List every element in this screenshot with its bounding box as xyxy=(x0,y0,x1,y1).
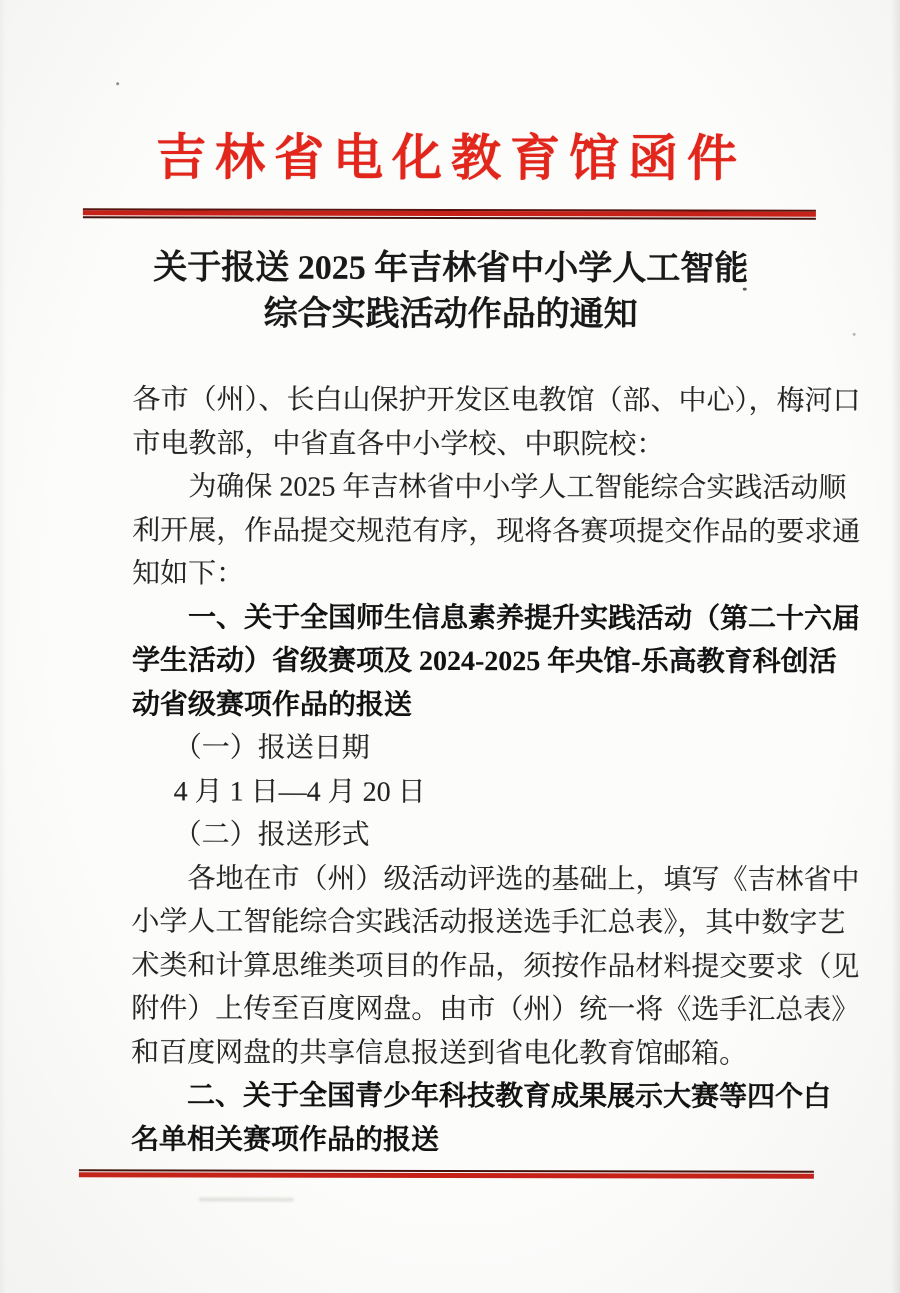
document-title: 关于报送 2025 年吉林省中小学人工智能 综合实践活动作品的通知 xyxy=(1,245,900,339)
body-line: 利开展，作品提交规范有序，现将各赛项提交作品的要求通 xyxy=(132,509,794,554)
body-line: 市电教部，中省直各中小学校、中职院校： xyxy=(132,422,794,467)
rule-dark-edge xyxy=(83,216,816,220)
body-line: 动省级赛项作品的报送 xyxy=(132,683,794,728)
scan-speck xyxy=(116,82,119,85)
body-line: 二、关于全国青少年科技教育成果展示大赛等四个白 xyxy=(131,1074,793,1119)
scan-smudge xyxy=(199,1197,294,1201)
header-double-rule xyxy=(83,208,816,220)
scan-speck xyxy=(853,333,856,336)
body-line: 和百度网盘的共享信息报送到省电化教育馆邮箱。 xyxy=(131,1031,793,1076)
rule-red-band xyxy=(79,1172,814,1178)
scan-speck xyxy=(743,288,747,291)
body-line: 各地在市（州）级活动评选的基础上，填写《吉林省中 xyxy=(131,857,793,902)
body-line: 各市（州）、长白山保护开发区电教馆（部、中心），梅河口 xyxy=(132,378,794,423)
document-page: 吉林省电化教育馆函件 关于报送 2025 年吉林省中小学人工智能 综合实践活动作… xyxy=(0,0,900,1293)
footer-double-rule xyxy=(79,1169,814,1178)
body-line: （二）报送形式 xyxy=(132,813,794,858)
body-line: 为确保 2025 年吉林省中小学人工智能综合实践活动顺 xyxy=(132,465,794,510)
body-line: 名单相关赛项作品的报送 xyxy=(131,1118,793,1163)
agency-letterhead-title: 吉林省电化教育馆函件 xyxy=(1,117,900,191)
body-line: 一、关于全国师生信息素养提升实践活动（第二十六届 xyxy=(132,596,794,641)
body-line: （一）报送日期 xyxy=(132,726,794,771)
body-line: 知如下： xyxy=(132,552,794,597)
document-title-line2: 综合实践活动作品的通知 xyxy=(1,291,900,339)
scanned-letter: 吉林省电化教育馆函件 关于报送 2025 年吉林省中小学人工智能 综合实践活动作… xyxy=(0,0,900,1293)
body-line: 学生活动）省级赛项及 2024-2025 年央馆-乐高教育科创活 xyxy=(132,639,794,684)
body-line: 小学人工智能综合实践活动报送选手汇总表》，其中数字艺 xyxy=(131,900,793,945)
document-body: 各市（州）、长白山保护开发区电教馆（部、中心），梅河口市电教部，中省直各中小学校… xyxy=(131,378,795,1162)
body-line: 附件）上传至百度网盘。由市（州）统一将《选手汇总表》 xyxy=(131,987,793,1032)
body-line: 4 月 1 日—4 月 20 日 xyxy=(132,770,794,815)
body-line: 术类和计算思维类项目的作品，须按作品材料提交要求（见 xyxy=(131,944,793,989)
document-title-line1: 关于报送 2025 年吉林省中小学人工智能 xyxy=(1,245,900,293)
